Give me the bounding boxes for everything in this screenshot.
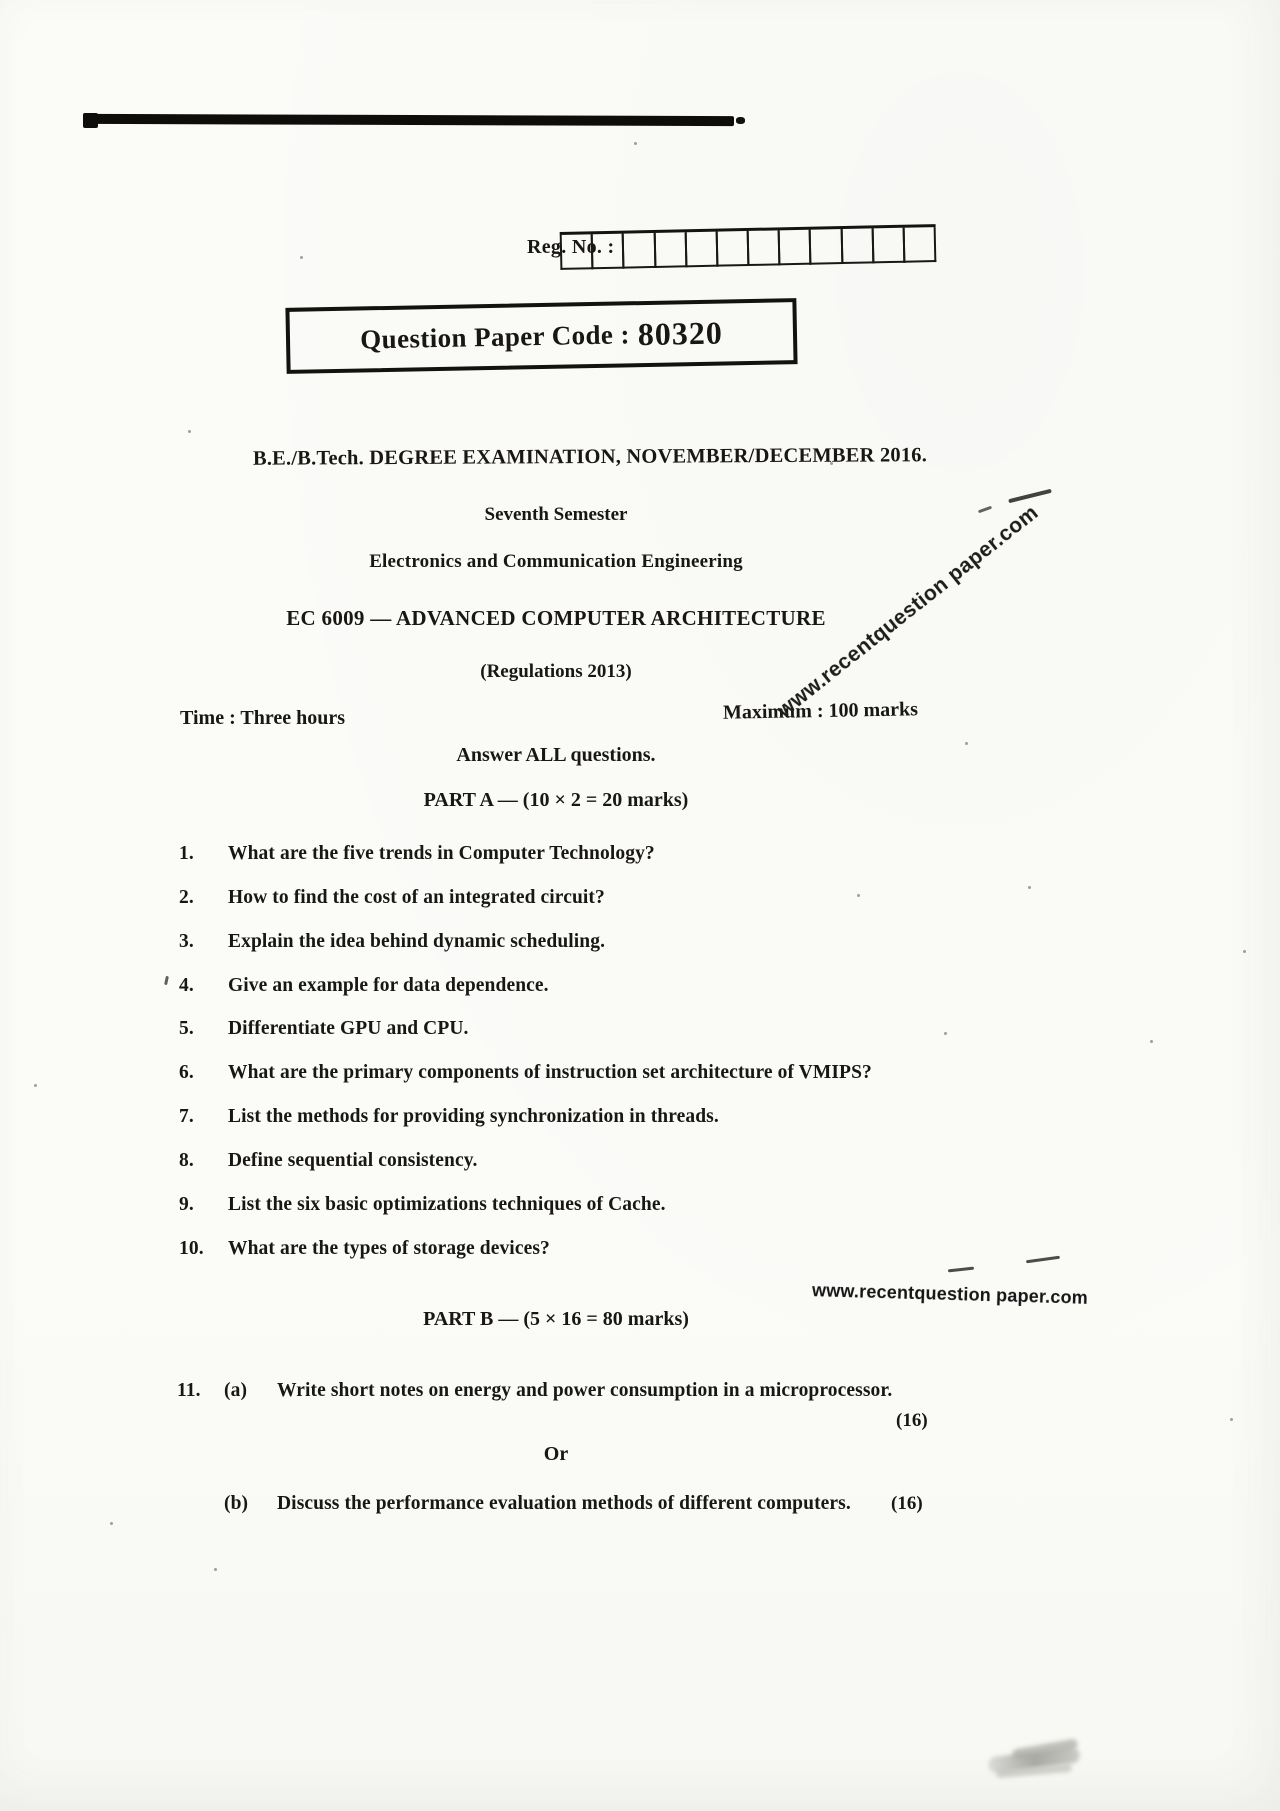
- or-separator: Or: [26, 1443, 1086, 1466]
- question-row: 9.List the six basic optimizations techn…: [179, 1194, 1079, 1216]
- scan-dash: [1008, 489, 1052, 504]
- question-number: 4.: [179, 975, 228, 997]
- question-row: 4.Give an example for data dependence.: [179, 975, 1079, 997]
- subquestion-label: (b): [224, 1493, 277, 1515]
- question-paper-code-value: 80320: [637, 314, 723, 353]
- noise-dot: [857, 894, 860, 897]
- question-number: 7.: [179, 1106, 228, 1128]
- reg-no-cell: [653, 232, 687, 268]
- question-paper-page: Reg. No. : Question Paper Code : 80320 B…: [0, 0, 1280, 1811]
- part-b-heading: PART B — (5 × 16 = 80 marks): [26, 1308, 1086, 1331]
- noise-dot: [634, 142, 637, 145]
- branch-line: Electronics and Communication Engineerin…: [26, 551, 1086, 573]
- scan-artifact-dot: [736, 117, 745, 124]
- marks-value: (16): [896, 1410, 928, 1432]
- maximum-marks: Maximum : 100 marks: [723, 698, 918, 724]
- question-number: 1.: [179, 843, 228, 865]
- question-text: List the six basic optimizations techniq…: [228, 1194, 666, 1215]
- reg-no-cell: [591, 234, 625, 270]
- reg-no-cell: [622, 233, 656, 269]
- question-text: Differentiate GPU and CPU.: [228, 1018, 469, 1039]
- question-number: 3.: [179, 931, 228, 953]
- part-a-heading: PART A — (10 × 2 = 20 marks): [26, 789, 1086, 812]
- reg-no-cell: [716, 231, 750, 267]
- question-text: Write short notes on energy and power co…: [277, 1380, 892, 1401]
- answer-instruction: Answer ALL questions.: [26, 744, 1086, 767]
- question-number: 9.: [179, 1194, 228, 1216]
- reg-no-cell: [684, 232, 718, 268]
- question-number: 5.: [179, 1018, 228, 1040]
- noise-dot: [34, 1084, 37, 1087]
- question-text: Discuss the performance evaluation metho…: [277, 1493, 851, 1514]
- noise-dot: [1230, 1418, 1233, 1421]
- question-row: 8.Define sequential consistency.: [179, 1150, 1079, 1172]
- semester-line: Seventh Semester: [26, 504, 1086, 526]
- question-number: 6.: [179, 1062, 228, 1084]
- watermark-horizontal: www.recentquestion paper.com: [812, 1280, 1088, 1309]
- scan-artifact-bar: [84, 114, 734, 126]
- reg-no-cell: [809, 229, 843, 265]
- question-number: 10.: [179, 1238, 228, 1260]
- marks-value: (16): [891, 1493, 923, 1515]
- noise-dot: [965, 742, 968, 745]
- question-text: What are the five trends in Computer Tec…: [228, 843, 655, 864]
- noise-dot: [1028, 886, 1031, 889]
- question-row: 2.How to find the cost of an integrated …: [179, 887, 1079, 909]
- subquestion-label: (a): [224, 1380, 277, 1402]
- reg-no-cell: [840, 228, 874, 264]
- scan-artifact-cap: [83, 113, 98, 128]
- noise-dot: [300, 256, 303, 259]
- regulations-line: (Regulations 2013): [26, 661, 1086, 683]
- question-row: 11.(a)Write short notes on energy and po…: [177, 1380, 1077, 1402]
- question-row: 10.What are the types of storage devices…: [179, 1238, 1079, 1260]
- scan-dash: [948, 1267, 974, 1273]
- noise-dot: [214, 1568, 217, 1571]
- noise-tick: [164, 976, 169, 985]
- question-paper-code-box: Question Paper Code : 80320: [285, 298, 797, 374]
- question-text: How to find the cost of an integrated ci…: [228, 887, 605, 908]
- noise-dot: [1150, 1040, 1153, 1043]
- exam-title: B.E./B.Tech. DEGREE EXAMINATION, NOVEMBE…: [60, 443, 1120, 472]
- question-row: 5.Differentiate GPU and CPU.: [179, 1018, 1079, 1040]
- noise-dot: [944, 1032, 947, 1035]
- noise-dot: [1243, 950, 1246, 953]
- question-row: 3.Explain the idea behind dynamic schedu…: [179, 931, 1079, 953]
- question-text: List the methods for providing synchroni…: [228, 1106, 719, 1127]
- reg-no-cell: [747, 230, 781, 266]
- question-number: 2.: [179, 887, 228, 909]
- question-text: Explain the idea behind dynamic scheduli…: [228, 931, 605, 952]
- reg-no-cell: [871, 228, 905, 264]
- question-text: What are the primary components of instr…: [228, 1062, 872, 1083]
- question-text: Give an example for data dependence.: [228, 975, 549, 996]
- noise-dot: [830, 462, 833, 465]
- question-number: 8.: [179, 1150, 228, 1172]
- reg-no-cell: [903, 227, 937, 263]
- question-text: What are the types of storage devices?: [228, 1238, 550, 1259]
- noise-dot: [110, 1522, 113, 1525]
- reg-no-grid: [560, 224, 937, 270]
- time-allowed: Time : Three hours: [180, 707, 345, 730]
- noise-dot: [188, 430, 191, 433]
- question-paper-code-label: Question Paper Code :: [360, 319, 630, 355]
- question-row: 7.List the methods for providing synchro…: [179, 1106, 1079, 1128]
- question-text: Define sequential consistency.: [228, 1150, 477, 1171]
- question-number: 11.: [177, 1380, 224, 1402]
- question-row: 6.What are the primary components of ins…: [179, 1062, 1079, 1084]
- question-row: 1.What are the five trends in Computer T…: [179, 843, 1079, 865]
- reg-no-cell: [560, 234, 594, 270]
- question-row: (b)Discuss the performance evaluation me…: [224, 1493, 1124, 1515]
- reg-no-cell: [778, 230, 812, 266]
